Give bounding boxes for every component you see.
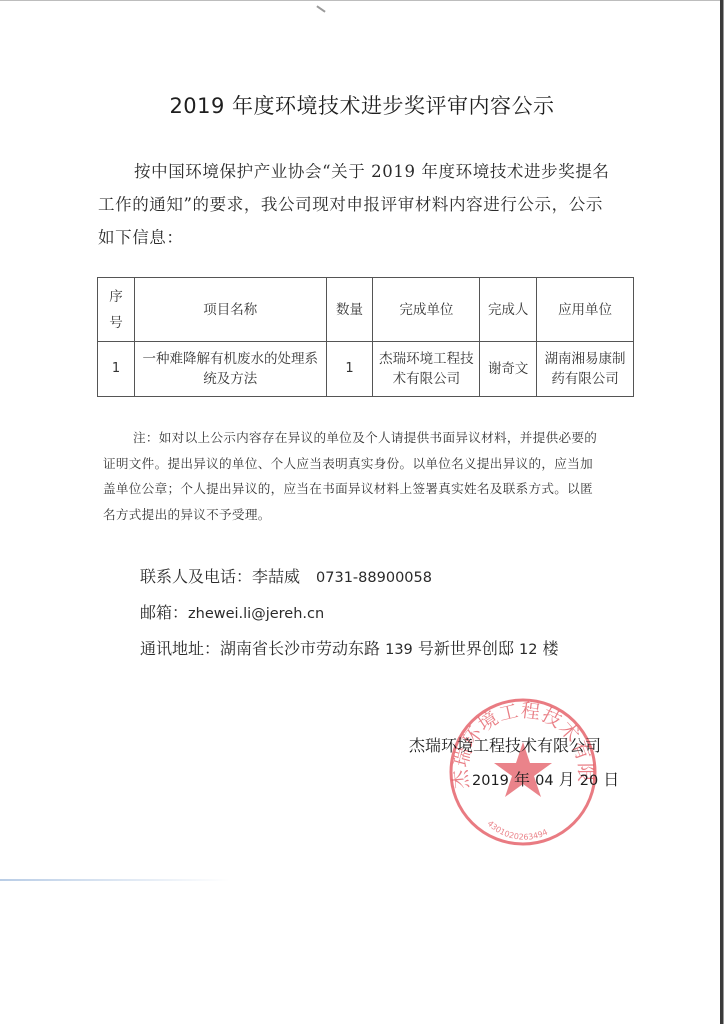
table-header-row: 序 号 项目名称 数量 完成单位 完成人 应用单位 <box>98 278 634 342</box>
cell-seq: 1 <box>98 342 135 397</box>
contact-address-row: 通讯地址：湖南省长沙市劳动东路 139 号新世界创邸 12 楼 <box>140 635 559 671</box>
address-number: 139 <box>385 642 413 658</box>
contact-person-label: 联系人及电话： <box>140 567 252 586</box>
signature-date: 2019 年 04 月 20 日 <box>472 767 619 790</box>
cell-completing-unit: 杰瑞环境工程技 术有限公司 <box>373 342 480 397</box>
cell-line: 统及方法 <box>137 369 324 389</box>
header-completing-unit: 完成单位 <box>373 278 480 342</box>
cell-line: 湖南湘易康制 <box>539 349 631 369</box>
note-line: 注：如对以上公示内容存在异议的单位及个人请提供书面异议材料，并提供必要的 <box>103 425 623 451</box>
document-title: 2019 年度环境技术进步奖评审内容公示 <box>0 90 724 120</box>
contact-email-row: 邮箱：zhewei.li@jereh.cn <box>140 599 559 635</box>
contact-email: zhewei.li@jereh.cn <box>188 606 324 622</box>
cell-line: 术有限公司 <box>375 369 477 389</box>
cell-application-unit: 湖南湘易康制 药有限公司 <box>537 342 634 397</box>
date-year: 2019 <box>472 773 509 789</box>
cell-line: 一种难降解有机废水的处理系 <box>137 349 324 369</box>
intro-paragraph: 按中国环境保护产业协会“关于 2019 年度环境技术进步奖提名 工作的通知”的要… <box>98 155 638 254</box>
cell-quantity: 1 <box>326 342 373 397</box>
date-day: 20 <box>580 773 598 789</box>
objection-note: 注：如对以上公示内容存在异议的单位及个人请提供书面异议材料，并提供必要的 证明文… <box>103 425 623 527</box>
note-line: 盖单位公章；个人提出异议的，应当在书面异议材料上签署真实姓名及联系方式。以匿 <box>103 476 623 502</box>
header-quantity: 数量 <box>326 278 373 342</box>
intro-line: 工作的通知”的要求，我公司现对申报评审材料内容进行公示，公示 <box>98 188 638 221</box>
date-unit: 年 <box>509 770 535 789</box>
address-floor: 12 <box>519 642 537 658</box>
contact-address-label: 通讯地址： <box>140 639 220 658</box>
scan-speck <box>316 5 325 12</box>
contact-block: 联系人及电话：李喆威0731-88900058 邮箱：zhewei.li@jer… <box>140 563 559 671</box>
cell-completer: 谢奇文 <box>480 342 537 397</box>
cell-project-name: 一种难降解有机废水的处理系 统及方法 <box>134 342 326 397</box>
address-text: 湖南省长沙市劳动东路 <box>220 639 385 658</box>
contact-person-row: 联系人及电话：李喆威0731-88900058 <box>140 563 559 599</box>
note-line: 证明文件。提出异议的单位、个人应当表明真实身份。以单位名义提出异议的，应当加 <box>103 451 623 477</box>
signature-company: 杰瑞环境工程技术有限公司 <box>409 733 601 756</box>
header-completer: 完成人 <box>480 278 537 342</box>
intro-line: 按中国环境保护产业协会“关于 2019 年度环境技术进步奖提名 <box>98 155 638 188</box>
header-application-unit: 应用单位 <box>537 278 634 342</box>
scan-edge-top <box>0 0 724 1</box>
table-row: 1 一种难降解有机废水的处理系 统及方法 1 杰瑞环境工程技 术有限公司 谢奇文… <box>98 342 634 397</box>
address-text: 楼 <box>537 639 558 658</box>
date-unit: 月 <box>554 770 580 789</box>
intro-line: 如下信息： <box>98 221 638 254</box>
header-seq-line: 号 <box>100 313 132 333</box>
contact-email-label: 邮箱： <box>140 603 188 622</box>
cell-line: 杰瑞环境工程技 <box>375 349 477 369</box>
date-unit: 日 <box>598 770 619 789</box>
date-month: 04 <box>535 773 553 789</box>
header-seq-line: 序 <box>100 287 132 307</box>
header-seq: 序 号 <box>98 278 135 342</box>
cell-line: 药有限公司 <box>539 369 631 389</box>
address-text: 号新世界创邸 <box>413 639 519 658</box>
contact-phone: 0731-88900058 <box>316 570 432 586</box>
contact-person-name: 李喆威 <box>252 567 300 586</box>
award-table: 序 号 项目名称 数量 完成单位 完成人 应用单位 1 一种难降解有机废水的处理… <box>97 277 634 397</box>
header-project-name: 项目名称 <box>134 278 326 342</box>
scan-artifact-line <box>0 879 230 881</box>
note-line: 名方式提出的异议不予受理。 <box>103 502 623 528</box>
